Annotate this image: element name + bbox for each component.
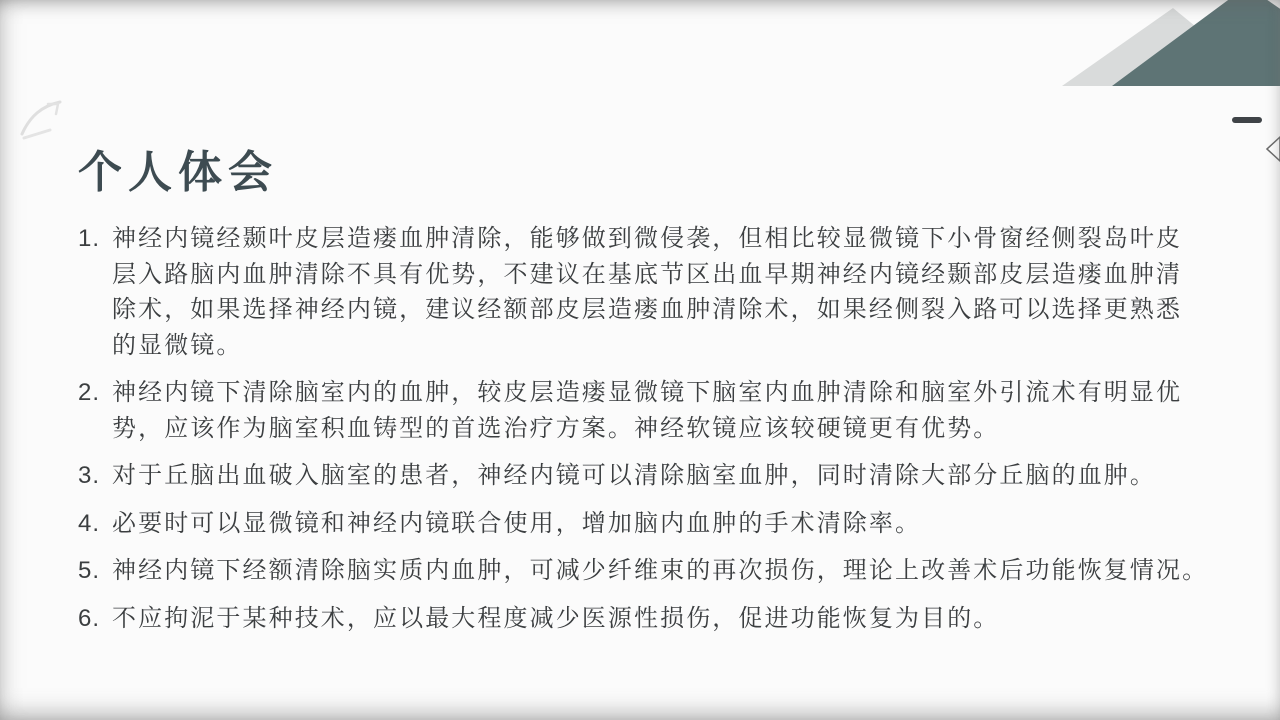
- item-number: 6.: [78, 601, 112, 637]
- slide-title: 个人体会: [78, 136, 278, 200]
- item-line: 的显微镜。: [112, 328, 1182, 364]
- item-line: 神经内镜下经额清除脑实质内血肿，可减少纤维束的再次损伤，理论上改善术后功能恢复情…: [112, 553, 1208, 589]
- item-text: 对于丘脑出血破入脑室的患者，神经内镜可以清除脑室血肿，同时清除大部分丘脑的血肿。: [112, 458, 1156, 494]
- list-item: 6. 不应拘泥于某种技术，应以最大程度减少医源性损伤，促进功能恢复为目的。: [78, 601, 1208, 637]
- bullet-list: 1. 神经内镜经颞叶皮层造瘘血肿清除，能够做到微侵袭，但相比较显微镜下小骨窗经侧…: [78, 221, 1208, 648]
- list-item: 3. 对于丘脑出血破入脑室的患者，神经内镜可以清除脑室血肿，同时清除大部分丘脑的…: [78, 458, 1208, 494]
- item-line: 神经内镜下清除脑室内的血肿，较皮层造瘘显微镜下脑室内血肿清除和脑室外引流术有明显…: [112, 375, 1182, 411]
- faint-scribble-mark: [14, 92, 78, 148]
- list-item: 1. 神经内镜经颞叶皮层造瘘血肿清除，能够做到微侵袭，但相比较显微镜下小骨窗经侧…: [78, 221, 1208, 363]
- item-line: 神经内镜经颞叶皮层造瘘血肿清除，能够做到微侵袭，但相比较显微镜下小骨窗经侧裂岛叶…: [112, 221, 1182, 257]
- item-line: 不应拘泥于某种技术，应以最大程度减少医源性损伤，促进功能恢复为目的。: [112, 601, 999, 637]
- item-line: 层入路脑内血肿清除不具有优势，不建议在基底节区出血早期神经内镜经颞部皮层造瘘血肿…: [112, 257, 1182, 293]
- item-text: 不应拘泥于某种技术，应以最大程度减少医源性损伤，促进功能恢复为目的。: [112, 601, 999, 637]
- item-number: 1.: [78, 221, 112, 363]
- item-text: 神经内镜经颞叶皮层造瘘血肿清除，能够做到微侵袭，但相比较显微镜下小骨窗经侧裂岛叶…: [112, 221, 1182, 363]
- item-number: 4.: [78, 506, 112, 542]
- item-number: 5.: [78, 553, 112, 589]
- corner-decoration: [1060, 0, 1280, 90]
- item-number: 2.: [78, 375, 112, 446]
- item-line: 势，应该作为脑室积血铸型的首选治疗方案。神经软镜应该较硬镜更有优势。: [112, 411, 1182, 447]
- item-text: 神经内镜下经额清除脑实质内血肿，可减少纤维束的再次损伤，理论上改善术后功能恢复情…: [112, 553, 1208, 589]
- item-line: 必要时可以显微镜和神经内镜联合使用，增加脑内血肿的手术清除率。: [112, 506, 921, 542]
- item-number: 3.: [78, 458, 112, 494]
- dash-annotation: [1232, 117, 1262, 123]
- list-item: 4. 必要时可以显微镜和神经内镜联合使用，增加脑内血肿的手术清除率。: [78, 506, 1208, 542]
- item-line: 对于丘脑出血破入脑室的患者，神经内镜可以清除脑室血肿，同时清除大部分丘脑的血肿。: [112, 458, 1156, 494]
- item-text: 神经内镜下清除脑室内的血肿，较皮层造瘘显微镜下脑室内血肿清除和脑室外引流术有明显…: [112, 375, 1182, 446]
- presentation-slide: 个人体会 1. 神经内镜经颞叶皮层造瘘血肿清除，能够做到微侵袭，但相比较显微镜下…: [0, 0, 1280, 720]
- list-item: 5. 神经内镜下经额清除脑实质内血肿，可减少纤维束的再次损伤，理论上改善术后功能…: [78, 553, 1208, 589]
- mouse-cursor-icon: [1266, 135, 1280, 163]
- item-text: 必要时可以显微镜和神经内镜联合使用，增加脑内血肿的手术清除率。: [112, 506, 921, 542]
- item-line: 除术，如果选择神经内镜，建议经额部皮层造瘘血肿清除术，如果经侧裂入路可以选择更熟…: [112, 292, 1182, 328]
- list-item: 2. 神经内镜下清除脑室内的血肿，较皮层造瘘显微镜下脑室内血肿清除和脑室外引流术…: [78, 375, 1208, 446]
